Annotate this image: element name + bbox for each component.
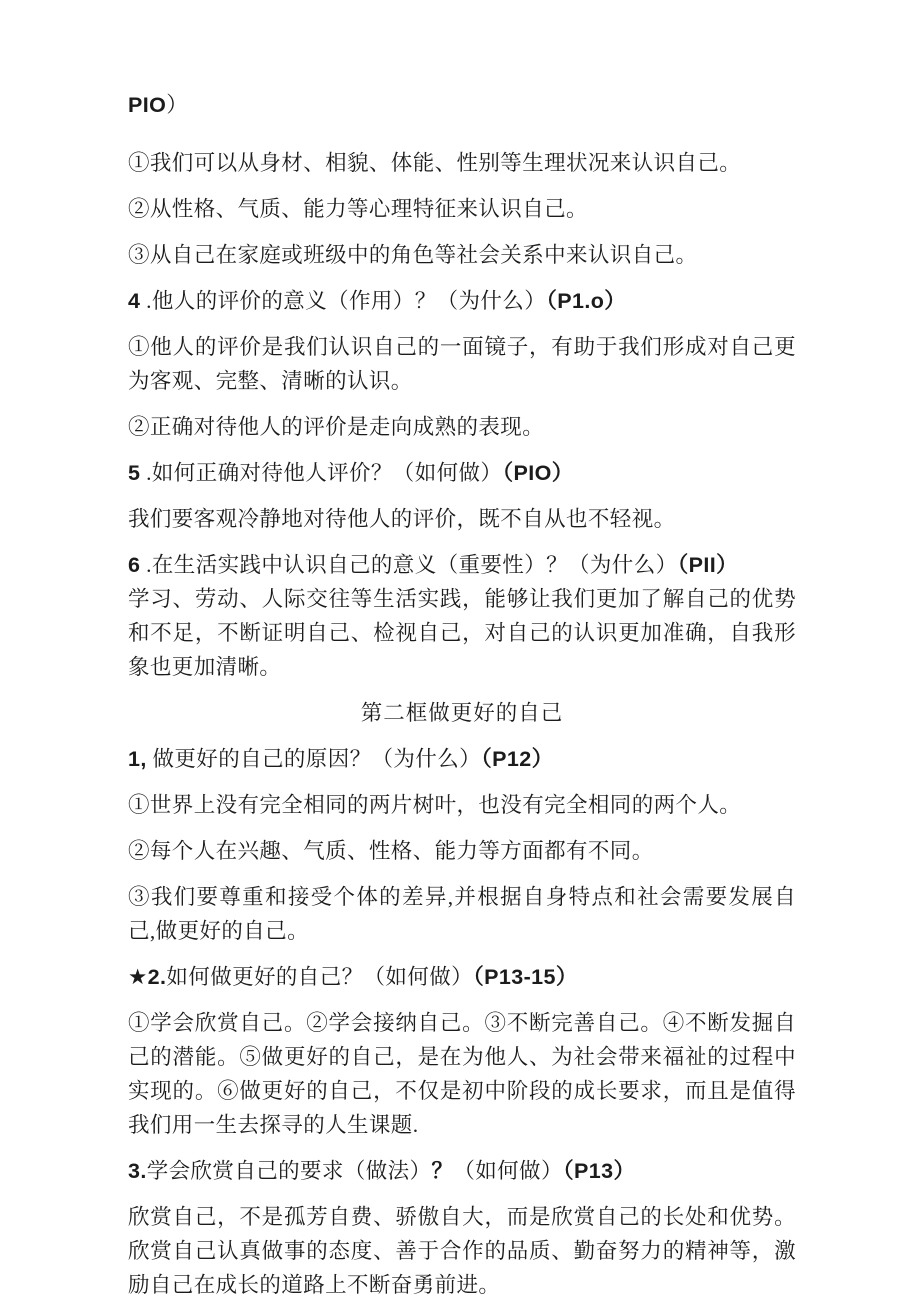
bold-text-run: 5 bbox=[128, 461, 140, 485]
text-run: 如何做更好的自己？（如何做） bbox=[166, 965, 473, 989]
question-heading: 3.学会欣赏自己的要求（做法）？（如何做）（P13） bbox=[128, 1154, 796, 1188]
bold-text-run: 4 bbox=[128, 289, 140, 313]
bold-text-run: PIO bbox=[128, 93, 166, 117]
bold-text-run: 6 bbox=[128, 553, 140, 577]
text-run: 我们要客观冷静地对待他人的评价，既不自从也不轻视。 bbox=[128, 507, 676, 531]
question-heading: 4 .他人的评价的意义（作用）？（为什么）（P1.o） bbox=[128, 284, 796, 318]
answer-paragraph: ②每个人在兴趣、气质、性格、能力等方面都有不同。 bbox=[128, 834, 796, 868]
answer-paragraph: 我们要客观冷静地对待他人的评价，既不自从也不轻视。 bbox=[128, 502, 796, 536]
document-page: PIO）①我们可以从身材、相貌、体能、性别等生理状况来认识自己。②从性格、气质、… bbox=[0, 0, 920, 1301]
text-run: ①学会欣赏自己。②学会接纳自己。③不断完善自己。④不断发掘自己的潜能。⑤做更好的… bbox=[128, 1011, 796, 1137]
bold-text-run: 1, bbox=[128, 747, 147, 771]
text-run: 做更好的自己的原因？（为什么） bbox=[147, 747, 481, 771]
bold-text-run: （P12） bbox=[481, 747, 554, 771]
answer-paragraph: ①学会欣赏自己。②学会接纳自己。③不断完善自己。④不断发掘自己的潜能。⑤做更好的… bbox=[128, 1006, 796, 1142]
text-run: .如何正确对待他人评价？（如何做） bbox=[140, 461, 502, 485]
question-heading: 6 .在生活实践中认识自己的意义（重要性）？（为什么）（PII） bbox=[128, 548, 796, 582]
text-run: .他人的评价的意义（作用）？（为什么） bbox=[140, 289, 546, 313]
section-title: 第二框做更好的自己 bbox=[128, 696, 796, 730]
text-run: ） bbox=[166, 93, 188, 117]
answer-paragraph: ①他人的评价是我们认识自己的一面镜子，有助于我们形成对自己更为客观、完整、清晰的… bbox=[128, 330, 796, 398]
text-run: .在生活实践中认识自己的意义（重要性）？（为什么） bbox=[140, 553, 677, 577]
text-run: ③从自己在家庭或班级中的角色等社会关系中来认识自己。 bbox=[128, 243, 697, 267]
question-heading: 5 .如何正确对待他人评价？（如何做）（PIO） bbox=[128, 456, 796, 490]
text-run: ②从性格、气质、能力等心理特征来认识自己。 bbox=[128, 197, 588, 221]
bold-text-run: （P13） bbox=[563, 1159, 636, 1183]
question-heading: PIO） bbox=[128, 88, 796, 122]
answer-paragraph: ③我们要尊重和接受个体的差异,并根据自身特点和社会需要发展自己,做更好的自己。 bbox=[128, 880, 796, 948]
bold-text-run: ★2. bbox=[128, 965, 166, 989]
question-heading: ★2.如何做更好的自己？（如何做）（P13-15） bbox=[128, 960, 796, 994]
answer-paragraph: 欣赏自己，不是孤芳自费、骄傲自大，而是欣赏自己的长处和优势。欣赏自己认真做事的态… bbox=[128, 1200, 796, 1301]
text-run: 欣赏自己，不是孤芳自费、骄傲自大，而是欣赏自己的长处和优势。欣赏自己认真做事的态… bbox=[128, 1205, 796, 1297]
text-run: 第二框做更好的自己 bbox=[361, 701, 564, 725]
text-run: ③我们要尊重和接受个体的差异,并根据自身特点和社会需要发展自己,做更好的自己。 bbox=[128, 885, 796, 943]
answer-paragraph: ③从自己在家庭或班级中的角色等社会关系中来认识自己。 bbox=[128, 238, 796, 272]
bold-text-run: （PII） bbox=[678, 553, 739, 577]
text-run: ①世界上没有完全相同的两片树叶，也没有完全相同的两个人。 bbox=[128, 793, 741, 817]
answer-paragraph: ①我们可以从身材、相貌、体能、性别等生理状况来认识自己。 bbox=[128, 146, 796, 180]
bold-text-run: ？ bbox=[431, 1159, 453, 1183]
answer-paragraph: ①世界上没有完全相同的两片树叶，也没有完全相同的两个人。 bbox=[128, 788, 796, 822]
text-run: 学会欣赏自己的要求（做法） bbox=[147, 1159, 432, 1183]
bold-text-run: （PIO） bbox=[502, 461, 573, 485]
bold-text-run: （P13-15） bbox=[473, 965, 578, 989]
question-heading: 1, 做更好的自己的原因？（为什么）（P12） bbox=[128, 742, 796, 776]
text-run: ①他人的评价是我们认识自己的一面镜子，有助于我们形成对自己更为客观、完整、清晰的… bbox=[128, 335, 796, 393]
answer-paragraph: ②正确对待他人的评价是走向成熟的表现。 bbox=[128, 410, 796, 444]
bold-text-run: （P1.o） bbox=[546, 289, 626, 313]
bold-text-run: 3. bbox=[128, 1159, 147, 1183]
text-run: ②每个人在兴趣、气质、性格、能力等方面都有不同。 bbox=[128, 839, 654, 863]
answer-paragraph: ②从性格、气质、能力等心理特征来认识自己。 bbox=[128, 192, 796, 226]
text-run: ②正确对待他人的评价是走向成熟的表现。 bbox=[128, 415, 544, 439]
text-run: ①我们可以从身材、相貌、体能、性别等生理状况来认识自己。 bbox=[128, 151, 741, 175]
text-run: （如何做） bbox=[453, 1159, 563, 1183]
answer-paragraph: 学习、劳动、人际交往等生活实践，能够让我们更加了解自己的优势和不足，不断证明自己… bbox=[128, 582, 796, 684]
text-run: 学习、劳动、人际交往等生活实践，能够让我们更加了解自己的优势和不足，不断证明自己… bbox=[128, 587, 796, 679]
